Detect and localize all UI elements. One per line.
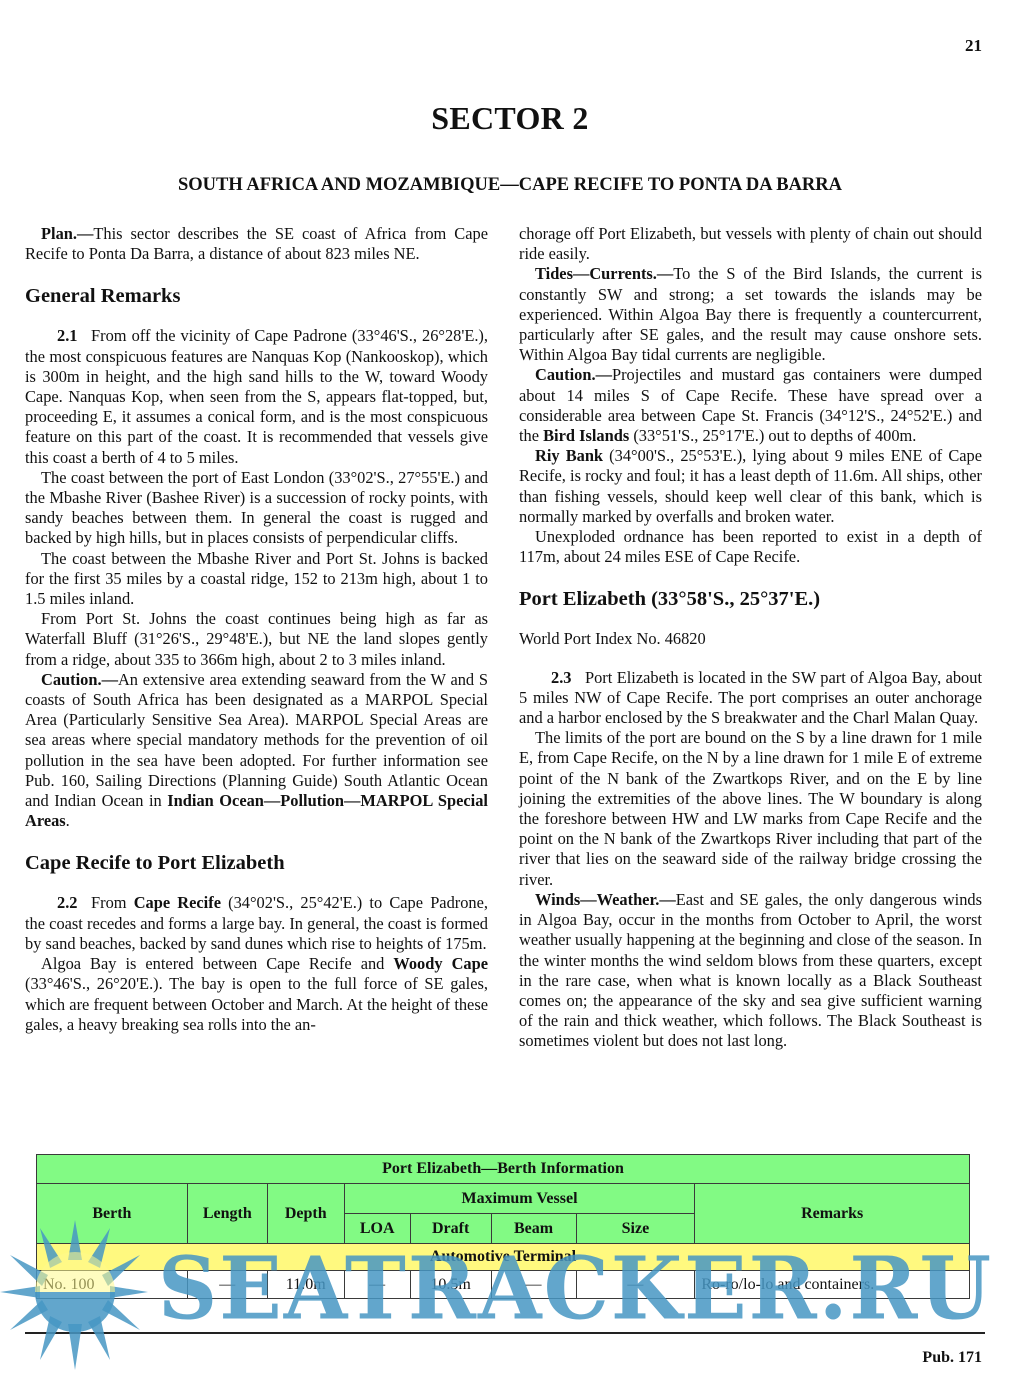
paragraph-text: From off the vicinity of Cape Padrone (3… <box>25 326 488 466</box>
header-berth: Berth <box>37 1184 188 1244</box>
cell-remarks: Ro-ro/lo-lo and containers. <box>695 1271 970 1299</box>
caution-end: . <box>66 811 70 830</box>
paragraph-mbashe: The coast between the Mbashe River and P… <box>25 549 488 610</box>
plan-text: This sector describes the SE coast of Af… <box>25 224 488 263</box>
cell-length: — <box>187 1271 267 1299</box>
cell-berth: No. 100 <box>37 1271 188 1299</box>
ordnance-paragraph: Unexploded ordnance has been reported to… <box>519 527 982 567</box>
caution-lead: Caution.— <box>535 365 612 384</box>
paragraph-number: 2.3 <box>535 668 585 688</box>
caution-end: (33°51'S., 25°17'E.) out to depths of 40… <box>629 426 916 445</box>
header-remarks: Remarks <box>695 1184 970 1244</box>
header-size: Size <box>576 1214 695 1244</box>
tides-lead: Tides—Currents.— <box>535 264 673 283</box>
paragraph-number: 2.1 <box>41 326 91 346</box>
footer-rule <box>25 1332 985 1334</box>
place-woody-cape: Woody Cape <box>393 954 488 973</box>
paragraph-2-3: 2.3Port Elizabeth is located in the SW p… <box>519 668 982 729</box>
group-automotive-terminal: Automotive Terminal <box>37 1244 970 1271</box>
table-title: Port Elizabeth—Berth Information <box>37 1155 970 1184</box>
cell-size: — <box>576 1271 695 1299</box>
paragraph-text: Port Elizabeth is located in the SW part… <box>519 668 982 727</box>
paragraph-2-1: 2.1From off the vicinity of Cape Padrone… <box>25 326 488 467</box>
publication-label: Pub. 171 <box>922 1349 982 1367</box>
winds-paragraph: Winds—Weather.—East and SE gales, the on… <box>519 890 982 1052</box>
plan-paragraph: Plan.—This sector describes the SE coast… <box>25 224 488 264</box>
world-port-index: World Port Index No. 46820 <box>519 629 982 649</box>
heading-port-elizabeth: Port Elizabeth (33°58'S., 25°37'E.) <box>519 587 982 611</box>
caution-text: An extensive area extending seaward from… <box>25 670 488 810</box>
winds-text: East and SE gales, the only dangerous wi… <box>519 890 982 1050</box>
paragraph-pre: Algoa Bay is entered between Cape Recife… <box>41 954 393 973</box>
cell-draft: 10.5m <box>410 1271 491 1299</box>
paragraph-algoa-bay: Algoa Bay is entered between Cape Recife… <box>25 954 488 1035</box>
table-row: No. 100 — 11.0m — 10.5m — — Ro-ro/lo-lo … <box>37 1271 970 1299</box>
left-column: Plan.—This sector describes the SE coast… <box>25 224 488 1035</box>
paragraph-pre: From <box>91 893 134 912</box>
winds-lead: Winds—Weather.— <box>535 890 676 909</box>
place-bird-islands: Bird Islands <box>543 426 629 445</box>
header-draft: Draft <box>410 1214 491 1244</box>
caution-paragraph: Caution.—An extensive area extending sea… <box>25 670 488 832</box>
sector-subtitle: SOUTH AFRICA AND MOZAMBIQUE—CAPE RECIFE … <box>0 175 1020 196</box>
cell-depth: 11.0m <box>267 1271 344 1299</box>
header-maximum-vessel: Maximum Vessel <box>344 1184 695 1214</box>
place-cape-recife: Cape Recife <box>134 893 221 912</box>
header-depth: Depth <box>267 1184 344 1244</box>
berth-information-table: Port Elizabeth—Berth Information Berth L… <box>36 1154 970 1299</box>
header-length: Length <box>187 1184 267 1244</box>
plan-lead: Plan.— <box>41 224 93 243</box>
paragraph-east-london: The coast between the port of East Londo… <box>25 468 488 549</box>
paragraph-continued: chorage off Port Elizabeth, but vessels … <box>519 224 982 264</box>
cell-loa: — <box>344 1271 410 1299</box>
limits-paragraph: The limits of the port are bound on the … <box>519 728 982 890</box>
sector-title: SECTOR 2 <box>0 100 1020 137</box>
heading-cape-recife: Cape Recife to Port Elizabeth <box>25 851 488 875</box>
paragraph-number: 2.2 <box>41 893 91 913</box>
paragraph-text: (33°46'S., 26°20'E.). The bay is open to… <box>25 974 488 1033</box>
heading-general-remarks: General Remarks <box>25 284 488 308</box>
riy-bank-paragraph: Riy Bank (34°00'S., 25°53'E.), lying abo… <box>519 446 982 527</box>
header-loa: LOA <box>344 1214 410 1244</box>
tides-paragraph: Tides—Currents.—To the S of the Bird Isl… <box>519 264 982 365</box>
header-beam: Beam <box>491 1214 576 1244</box>
right-column: chorage off Port Elizabeth, but vessels … <box>519 224 982 1052</box>
paragraph-port-st-johns: From Port St. Johns the coast continues … <box>25 609 488 670</box>
place-riy-bank: Riy Bank <box>535 446 603 465</box>
paragraph-2-2: 2.2From Cape Recife (34°02'S., 25°42'E.)… <box>25 893 488 954</box>
caution-lead: Caution.— <box>41 670 118 689</box>
cell-beam: — <box>491 1271 576 1299</box>
page-number: 21 <box>965 36 982 56</box>
caution-paragraph-2: Caution.—Projectiles and mustard gas con… <box>519 365 982 446</box>
